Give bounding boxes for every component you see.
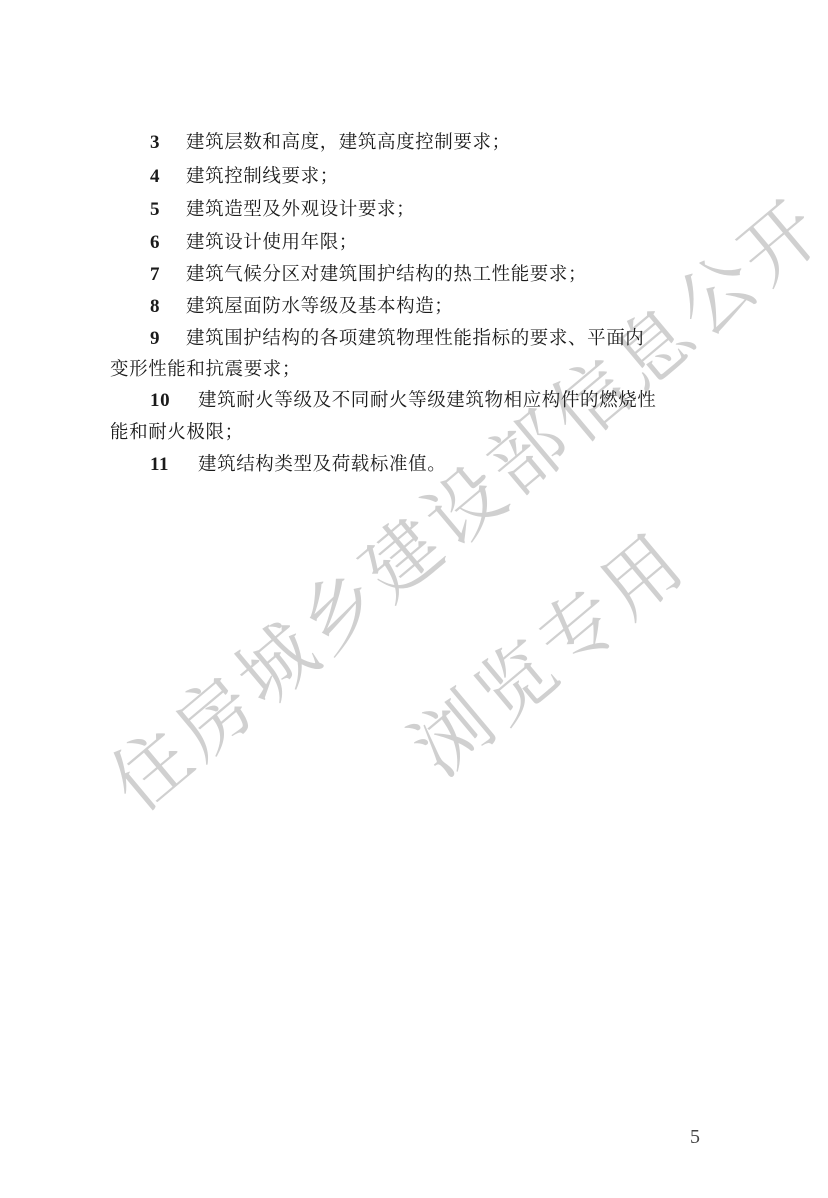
document-page: 住房城乡建设部信息公开 浏览专用 3建筑层数和高度，建筑高度控制要求； 4建筑控… (0, 0, 828, 1198)
list-item: 11建筑结构类型及荷载标准值。 (150, 454, 446, 476)
item-text: 建筑结构类型及荷载标准值。 (198, 454, 446, 475)
list-item: 5建筑造型及外观设计要求； (150, 199, 415, 221)
item-number: 4 (150, 166, 186, 188)
list-item: 8建筑屋面防水等级及基本构造； (150, 296, 453, 318)
list-item: 3建筑层数和高度，建筑高度控制要求； (150, 132, 511, 154)
list-item-continuation: 能和耐火极限； (110, 422, 244, 444)
item-text: 建筑气候分区对建筑围护结构的热工性能要求； (186, 264, 587, 285)
item-number: 10 (150, 390, 198, 412)
list-item: 4建筑控制线要求； (150, 166, 339, 188)
list-item: 10建筑耐火等级及不同耐火等级建筑物相应构件的燃烧性 (150, 390, 656, 412)
item-number: 5 (150, 199, 186, 221)
item-text: 建筑造型及外观设计要求； (186, 199, 415, 220)
item-text: 建筑控制线要求； (186, 166, 339, 187)
list-item: 7建筑气候分区对建筑围护结构的热工性能要求； (150, 264, 587, 286)
item-number: 3 (150, 132, 186, 154)
item-text: 建筑耐火等级及不同耐火等级建筑物相应构件的燃烧性 (198, 390, 656, 411)
item-text: 变形性能和抗震要求； (110, 359, 301, 380)
item-text: 能和耐火极限； (110, 422, 244, 443)
item-number: 6 (150, 232, 186, 254)
item-number: 9 (150, 328, 186, 350)
page-number: 5 (690, 1126, 700, 1149)
list-item: 6建筑设计使用年限； (150, 232, 358, 254)
list-item: 9建筑围护结构的各项建筑物理性能指标的要求、平面内 (150, 328, 644, 350)
item-text: 建筑围护结构的各项建筑物理性能指标的要求、平面内 (186, 328, 644, 349)
watermark-line-2: 浏览专用 (385, 502, 706, 796)
item-text: 建筑屋面防水等级及基本构造； (186, 296, 453, 317)
item-number: 7 (150, 264, 186, 286)
item-number: 8 (150, 296, 186, 318)
list-item-continuation: 变形性能和抗震要求； (110, 359, 301, 381)
item-text: 建筑设计使用年限； (186, 232, 358, 253)
item-text: 建筑层数和高度，建筑高度控制要求； (186, 132, 511, 153)
item-number: 11 (150, 454, 198, 476)
